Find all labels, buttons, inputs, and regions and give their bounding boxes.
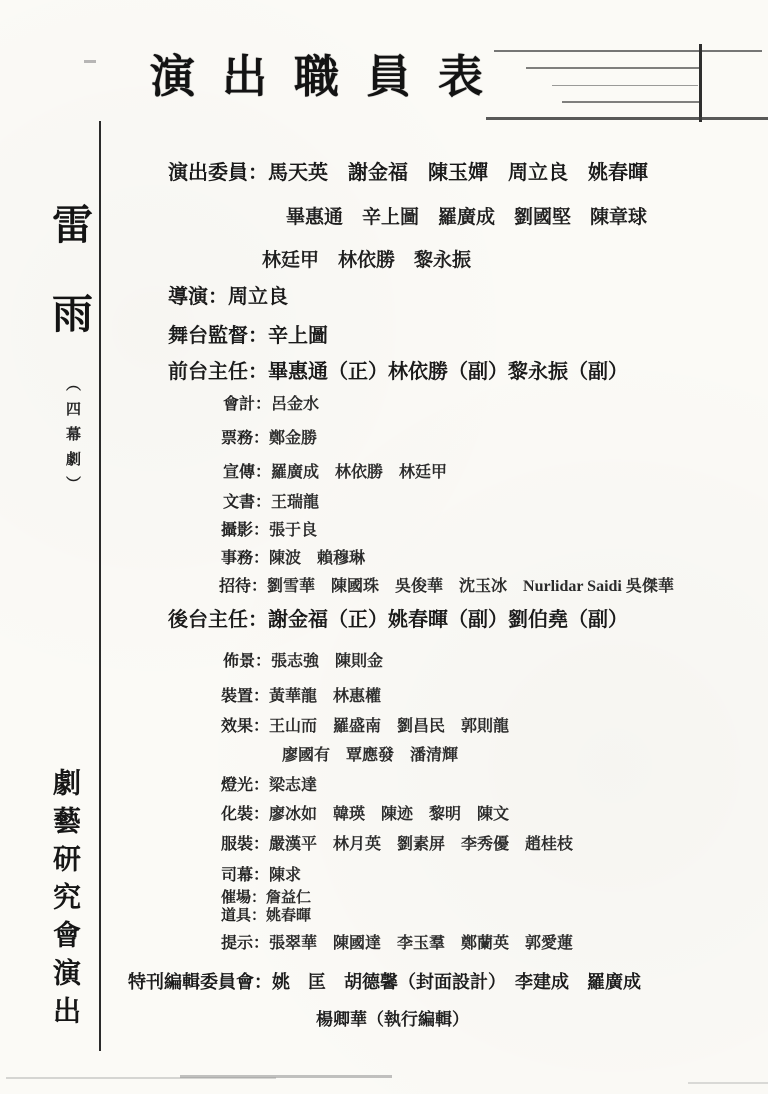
role-names: 姚春暉 xyxy=(266,908,311,924)
role-names: 廖國有 覃應發 潘清輝 xyxy=(282,747,458,764)
role-label: 道具： xyxy=(221,908,266,924)
ruled-line xyxy=(494,50,762,52)
ruled-line xyxy=(562,101,700,103)
role-names: 黃華龍 林惠權 xyxy=(269,688,381,705)
page-title: 演出職員表 xyxy=(150,40,510,105)
scan-artifact xyxy=(688,1082,768,1084)
role-label: 導演： xyxy=(168,286,228,308)
role-label: 提示： xyxy=(221,935,269,952)
role-names: 楊卿華（執行編輯） xyxy=(316,1010,469,1029)
role-names: 劉雪華 陳國珠 吳俊華 沈玉冰 Nurlidar Saidi 吳傑華 xyxy=(267,578,674,595)
roster-row-costumes: 服裝：嚴漢平 林月英 劉素屏 李秀優 趙桂枝 xyxy=(221,831,573,854)
roster-row-accounting: 會計：呂金水 xyxy=(223,391,319,414)
role-label: 舞台監督： xyxy=(168,325,268,347)
roster-row-front-chief: 前台主任：畢惠通（正）林依勝（副）黎永振（副） xyxy=(168,355,628,384)
role-label: 佈景： xyxy=(223,653,271,670)
role-label: 裝置： xyxy=(221,688,269,705)
roster-row-committee-cont: 林廷甲 林依勝 黎永振 xyxy=(262,245,471,272)
roster-row-makeup: 化裝：廖冰如 韓瑛 陳迹 黎明 陳文 xyxy=(221,801,509,824)
role-names: 畢惠通（正）林依勝（副）黎永振（副） xyxy=(268,361,628,383)
roster-row-affairs: 事務：陳波 賴穆琳 xyxy=(221,545,365,568)
roster-row-effects: 效果：王山而 羅盛南 劉昌民 郭則龍 xyxy=(221,713,509,736)
ruled-line xyxy=(526,67,702,69)
role-label: 效果： xyxy=(221,718,269,735)
role-label: 票務： xyxy=(221,430,269,447)
roster-row-editorial: 特刊編輯委員會：姚 匡 胡德馨（封面設計） 李建成 羅廣成 xyxy=(128,968,641,994)
role-label: 演出委員： xyxy=(168,162,268,184)
scan-artifact xyxy=(180,1075,392,1078)
role-names: 馬天英 謝金福 陳玉嬋 周立良 姚春暉 xyxy=(268,162,648,184)
role-label: 化裝： xyxy=(221,806,269,823)
roster-row-stage-manager: 舞台監督：辛上圖 xyxy=(168,319,328,348)
role-label: 宣傳： xyxy=(223,464,271,481)
roster-row-committee-cont: 畢惠通 辛上圖 羅廣成 劉國堅 陳章球 xyxy=(286,202,647,229)
role-names: 廖冰如 韓瑛 陳迹 黎明 陳文 xyxy=(269,806,509,823)
roster-row-scenery: 佈景：張志強 陳則金 xyxy=(223,648,383,671)
role-names: 謝金福（正）姚春暉（副）劉伯堯（副） xyxy=(268,609,628,631)
role-names: 呂金水 xyxy=(271,396,319,413)
roster-row-installation: 裝置：黃華龍 林惠權 xyxy=(221,683,381,706)
scan-artifact xyxy=(84,60,96,63)
role-names: 畢惠通 辛上圖 羅廣成 劉國堅 陳章球 xyxy=(286,207,647,228)
roster-row-tickets: 票務：鄭金勝 xyxy=(221,425,317,448)
roster-row-lighting: 燈光：梁志達 xyxy=(221,772,317,795)
play-format-note: （四幕劇） xyxy=(62,376,83,501)
role-label: 司幕： xyxy=(221,867,269,884)
role-label: 前台主任： xyxy=(168,361,268,383)
troupe-name: 劇藝研究會演出 xyxy=(44,768,84,1034)
roster-row-editorial-cont: 楊卿華（執行編輯） xyxy=(316,1005,469,1030)
role-names: 張翠華 陳國達 李玉羣 鄭蘭英 郭愛蓮 xyxy=(269,935,573,952)
role-names: 張志強 陳則金 xyxy=(271,653,383,670)
role-names: 王山而 羅盛南 劉昌民 郭則龍 xyxy=(269,718,509,735)
role-label: 會計： xyxy=(223,396,271,413)
role-names: 鄭金勝 xyxy=(269,430,317,447)
roster-row-curtain: 司幕：陳求 xyxy=(221,862,301,885)
roster-row-photography: 攝影：張于良 xyxy=(221,517,317,540)
role-names: 王瑞龍 xyxy=(271,494,319,511)
role-names: 林廷甲 林依勝 黎永振 xyxy=(262,250,471,271)
roster-row-prompt: 提示：張翠華 陳國達 李玉羣 鄭蘭英 郭愛蓮 xyxy=(221,930,573,953)
scanned-program-page: 演出職員表 雷雨 （四幕劇） 劇藝研究會演出 演出委員：馬天英 謝金福 陳玉嬋 … xyxy=(0,0,768,1094)
roster-row-back-chief: 後台主任：謝金福（正）姚春暉（副）劉伯堯（副） xyxy=(168,603,628,632)
role-names: 梁志達 xyxy=(269,777,317,794)
role-names: 辛上圖 xyxy=(268,325,328,347)
role-label: 事務： xyxy=(221,550,269,567)
ruled-line xyxy=(552,85,698,86)
role-names: 周立良 xyxy=(228,286,288,308)
roster-row-committee: 演出委員：馬天英 謝金福 陳玉嬋 周立良 姚春暉 xyxy=(168,156,648,185)
role-label: 文書： xyxy=(223,494,271,511)
role-label: 服裝： xyxy=(221,836,269,853)
role-names: 陳求 xyxy=(269,867,301,884)
role-names: 陳波 賴穆琳 xyxy=(269,550,365,567)
roster-row-publicity: 宣傳：羅廣成 林依勝 林廷甲 xyxy=(223,459,447,482)
ruled-line-vertical xyxy=(699,44,702,122)
role-names: 嚴漢平 林月英 劉素屏 李秀優 趙桂枝 xyxy=(269,836,573,853)
role-label: 攝影： xyxy=(221,522,269,539)
role-label: 招待： xyxy=(219,578,267,595)
roster-row-reception: 招待：劉雪華 陳國珠 吳俊華 沈玉冰 Nurlidar Saidi 吳傑華 xyxy=(219,573,674,596)
role-label: 特刊編輯委員會： xyxy=(128,972,272,992)
title-underline xyxy=(486,117,768,120)
roster-row-director: 導演：周立良 xyxy=(168,280,288,309)
roster-row-props: 道具：姚春暉 xyxy=(221,904,311,925)
roster-row-secretary: 文書：王瑞龍 xyxy=(223,489,319,512)
roster-row-effects-cont: 廖國有 覃應發 潘清輝 xyxy=(282,742,458,765)
role-names: 羅廣成 林依勝 林廷甲 xyxy=(271,464,447,481)
role-names: 姚 匡 胡德馨（封面設計） 李建成 羅廣成 xyxy=(272,972,641,992)
role-label: 燈光： xyxy=(221,777,269,794)
sidebar-divider-rule xyxy=(99,121,101,1051)
play-title: 雷雨 xyxy=(40,203,99,381)
role-label: 後台主任： xyxy=(168,609,268,631)
role-names: 張于良 xyxy=(269,522,317,539)
